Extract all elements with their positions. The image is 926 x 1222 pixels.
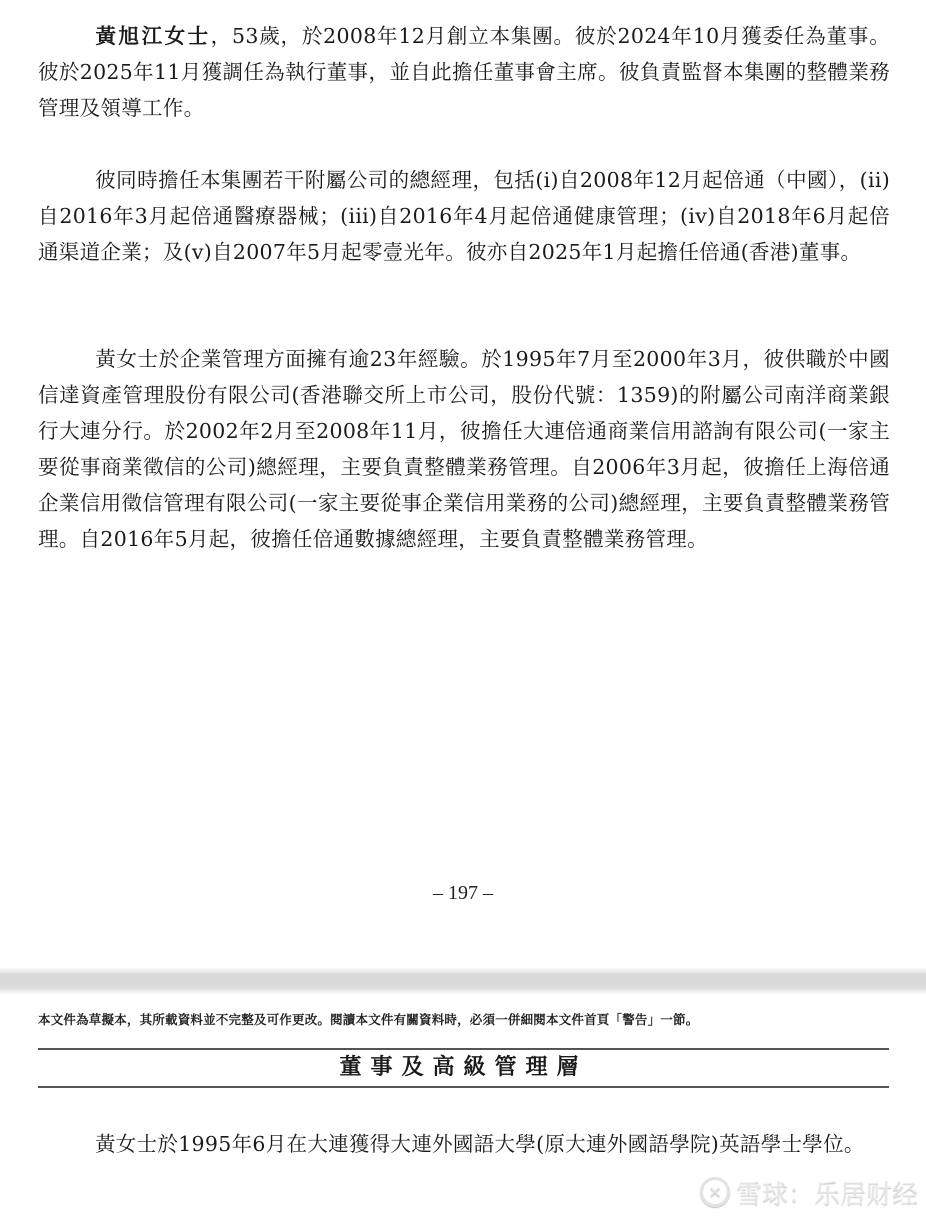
header-rule-bottom: [38, 1086, 889, 1088]
paragraph-text: 黃女士於1995年6月在大連獲得大連外國語大學(原大連外國語學院)英語學士學位。: [95, 1132, 865, 1156]
page-separator: [0, 968, 926, 994]
section-title: 董事及高級管理層: [38, 1052, 889, 1084]
xueqiu-logo-icon: ✕: [700, 1177, 730, 1207]
watermark: ✕ 雪球：乐居财经: [700, 1172, 920, 1212]
paragraph-text: 黃女士於企業管理方面擁有逾23年經驗。於1995年7月至2000年3月，彼供職於…: [38, 347, 890, 551]
draft-disclaimer: 本文件為草擬本，其所載資料並不完整及可作更改。閱讀本文件有關資料時，必須一併細閱…: [38, 1010, 898, 1028]
header-rule-top: [38, 1048, 889, 1050]
director-name: 黃旭江女士: [95, 24, 211, 48]
watermark-text: 雪球：乐居财经: [736, 1174, 918, 1211]
paragraph-intro: 黃旭江女士，53歲，於2008年12月創立本集團。彼於2024年10月獲委任為董…: [38, 18, 890, 126]
paragraph-experience: 黃女士於企業管理方面擁有逾23年經驗。於1995年7月至2000年3月，彼供職於…: [38, 341, 890, 557]
paragraph-education: 黃女士於1995年6月在大連獲得大連外國語大學(原大連外國語學院)英語學士學位。: [38, 1126, 890, 1162]
paragraph-subsidiaries: 彼同時擔任本集團若干附屬公司的總經理，包括(i)自2008年12月起倍通（中國）…: [38, 162, 890, 270]
paragraph-text: 彼同時擔任本集團若干附屬公司的總經理，包括(i)自2008年12月起倍通（中國）…: [38, 168, 890, 264]
page-number: – 197 –: [0, 882, 926, 905]
